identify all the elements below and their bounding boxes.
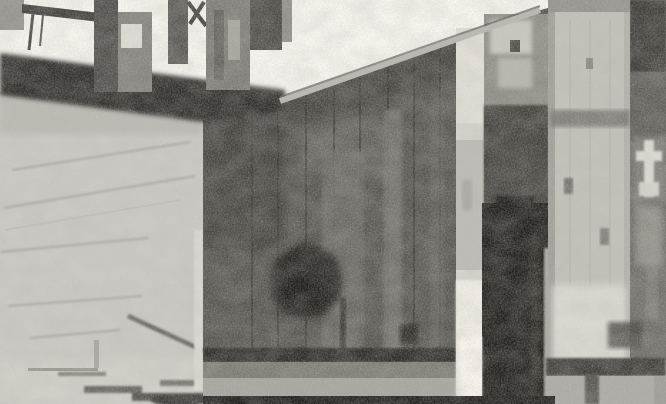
photograph: Black-and-white photograph of a ruined b… bbox=[0, 0, 666, 404]
photo-canvas: Black-and-white photograph of a ruined b… bbox=[0, 0, 666, 404]
screenshot-root: Black-and-white photograph of a ruined b… bbox=[0, 0, 666, 404]
film-grain bbox=[0, 0, 666, 404]
